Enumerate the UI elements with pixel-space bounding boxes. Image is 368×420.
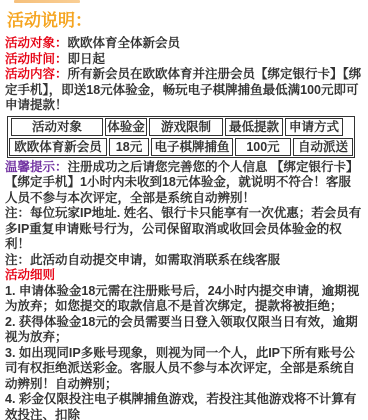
table-header-cell: 活动对象	[11, 118, 103, 136]
rule-item-1: 1. 申请体验金18元需在注册账号后，24小时内提交申请，逾期视为放弃；如您提交…	[5, 284, 363, 315]
table-header-cell: 体验金	[105, 118, 147, 136]
info-value-target: 欧欧体育全体新会员	[68, 36, 181, 50]
table-cell: 100元	[235, 138, 291, 156]
note-auto-submit: 注：此活动自动提交申请，如需取消联系在线客服	[5, 253, 363, 269]
rule-item-3: 3. 如出现同IP多账号现象，则视为同一个人，此IP下所有账号公司有权拒绝派送彩…	[5, 346, 363, 393]
tips-label: 温馨提示：	[5, 160, 68, 174]
promo-table-header-row: 活动对象 体验金 游戏限制 最低提款 申请方式	[11, 118, 353, 136]
table-header-cell: 游戏限制	[149, 118, 223, 136]
note-ip-limit: 注：每位玩家IP地址. 姓名、银行卡只能享有一次优惠；若会员有多IP重复申请账号…	[5, 206, 363, 253]
tips-paragraph: 温馨提示：注册成功之后请您完善您的个人信息 【绑定银行卡】【绑定手机】1小时内未…	[5, 160, 363, 207]
table-cell: 自动派送	[293, 138, 353, 156]
table-cell: 电子棋牌捕鱼	[151, 138, 233, 156]
page-title: 活动说明：	[7, 10, 363, 32]
info-line-time: 活动时间：即日起	[5, 52, 363, 68]
cropped-artifact	[14, 0, 80, 3]
rule-item-4: 4. 彩金仅限投注电子棋牌捕鱼游戏，若投注其他游戏将不计算有效投注、扣除	[5, 392, 363, 420]
table-cell: 18元	[109, 138, 149, 156]
rules-title: 活动细则	[5, 268, 363, 284]
rule-item-2: 2. 获得体验金18元的会员需要当日登入领取仅限当日有效，逾期视为放弃；	[5, 315, 363, 346]
table-header-cell: 最低提款	[225, 118, 283, 136]
table-header-cell: 申请方式	[285, 118, 343, 136]
info-line-target: 活动对象：欧欧体育全体新会员	[5, 36, 363, 52]
info-line-content: 活动内容：所有新会员在欧欧体育并注册会员【绑定银行卡】【绑定手机】，即送18元体…	[5, 67, 363, 114]
promo-table: 活动对象 体验金 游戏限制 最低提款 申请方式 欧欧体育新会员 18元 电子棋牌…	[7, 116, 355, 158]
table-cell: 欧欧体育新会员	[9, 138, 107, 156]
info-label-time: 活动时间：	[5, 52, 68, 66]
info-label-target: 活动对象：	[5, 36, 68, 50]
info-value-time: 即日起	[68, 52, 106, 66]
info-label-content: 活动内容：	[5, 67, 68, 81]
promo-table-data-row: 欧欧体育新会员 18元 电子棋牌捕鱼 100元 自动派送	[9, 138, 353, 156]
